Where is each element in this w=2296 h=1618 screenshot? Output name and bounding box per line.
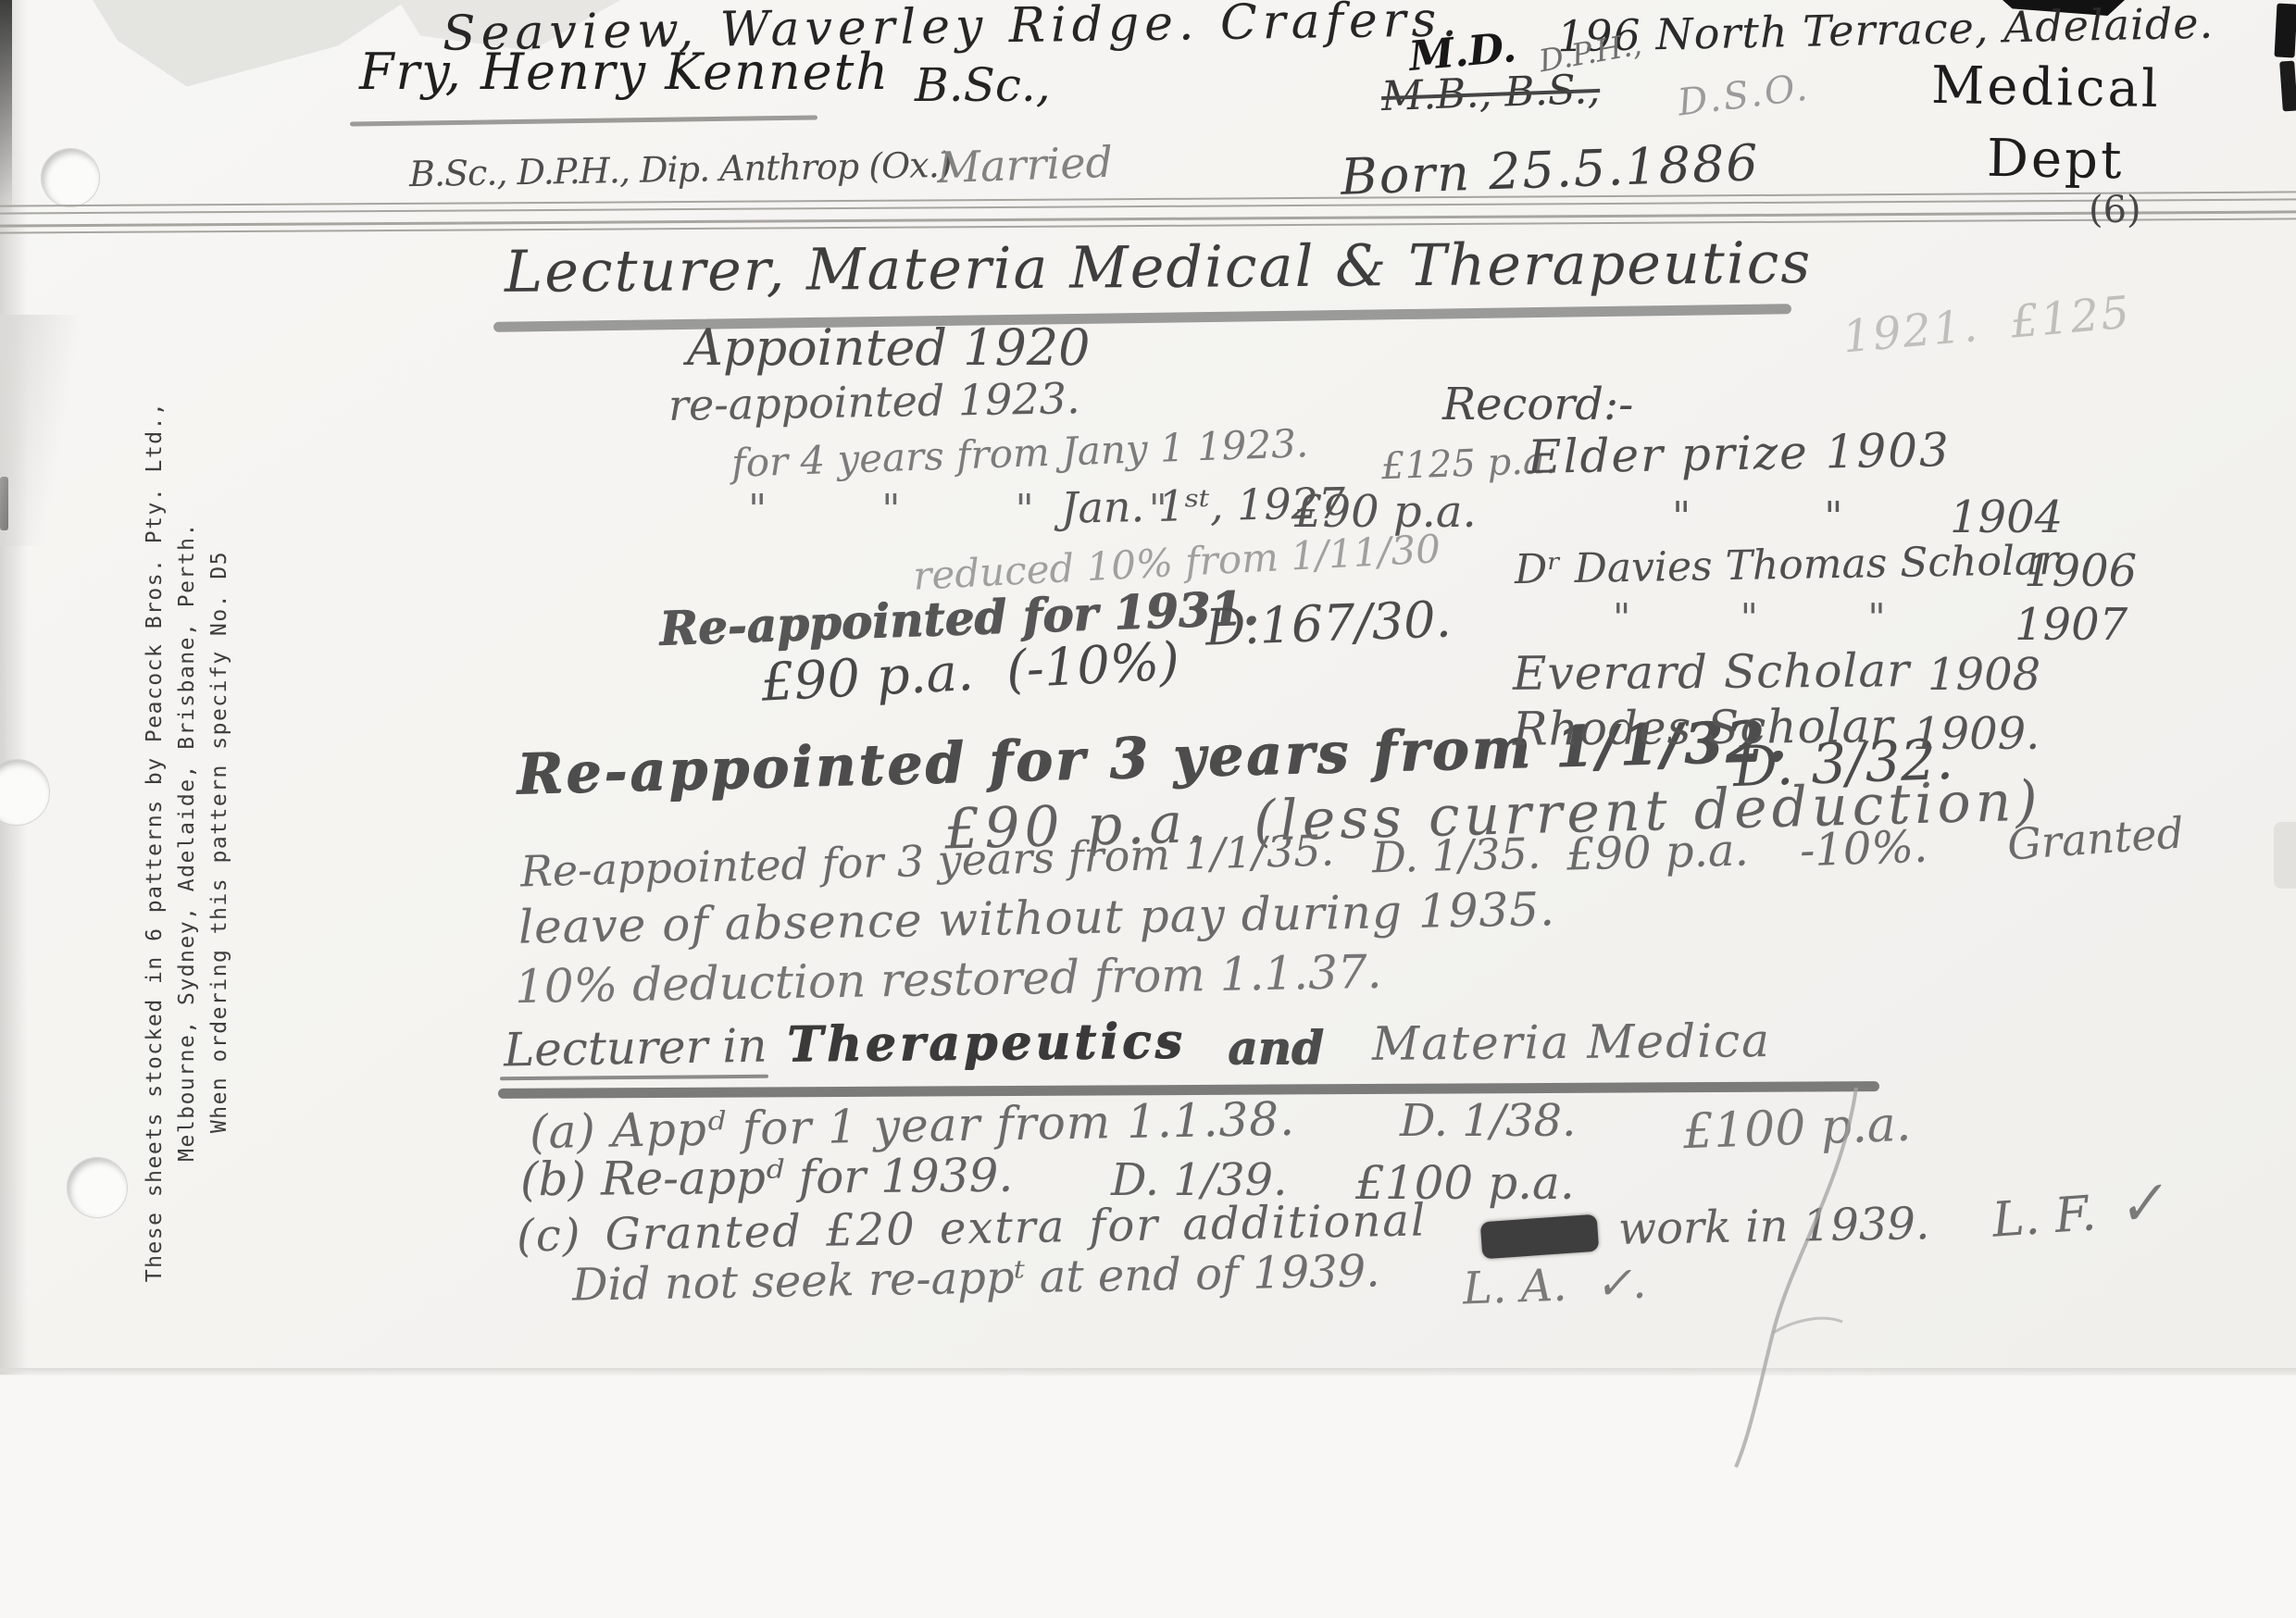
appointed-1920: Appointed 1920 <box>687 322 1091 375</box>
punch-hole-bottom <box>67 1157 128 1218</box>
record-rhodes-scholar: Rhodes Scholar <box>1513 702 1894 753</box>
dept-word-dept: Dept <box>1986 132 2124 189</box>
record-elder-1904: 1904 <box>1950 494 2063 541</box>
record-davies-1906: 1906 <box>2024 548 2137 594</box>
left-top-dark-sliver <box>0 0 12 218</box>
pencil-flourish <box>1685 1083 1926 1472</box>
address-right: 196 North Terrace, Adelaide. <box>1557 1 2215 59</box>
leave-of-absence: leave of absence without pay during 1935… <box>518 885 1556 952</box>
record-davies-ditto: " " " <box>1613 598 1886 639</box>
record-everard-1908: 1908 <box>1928 652 2040 698</box>
reappointed-1935: Re-appointed for 3 years from 1/1/35. <box>520 828 1335 894</box>
item-a: (a) Appᵈ for 1 year from 1.1.38. <box>530 1095 1296 1157</box>
record-davies-1907: 1907 <box>2015 602 2128 648</box>
record-rhodes-1909: 1909. <box>1913 711 2040 757</box>
backing-sheet <box>0 1375 2296 1618</box>
item-d: Did not seek re-appᵗ at end of 1939. <box>572 1248 1380 1309</box>
deduction-1935: -10%. <box>1799 824 1928 875</box>
faint-pencil-note: 1921. £125 <box>1841 289 2132 360</box>
position2-title-suffix: Materia Medica <box>1372 1016 1771 1068</box>
person-name: Fry, Henry Kenneth <box>359 46 890 99</box>
item-d-initials: L. A. ✓. <box>1462 1260 1647 1313</box>
granted-1935: Granted <box>2006 810 2186 866</box>
degree-dso: D.S.O. <box>1676 68 1812 122</box>
record-label: Record:- <box>1442 381 1633 428</box>
item-c-checkmark: ✓ <box>2113 1171 2169 1238</box>
position2-title-overwritten: Therapeutics <box>787 1016 1186 1070</box>
reappointed-1935-ref: D. 1/35. <box>1371 831 1541 880</box>
degree-after-name: B.Sc., <box>915 61 1051 110</box>
name-underline <box>350 115 817 126</box>
position1-title: Lecturer, Materia Medical & Therapeutics <box>505 232 1813 302</box>
deduction-restored: 10% deduction restored from 1.1.37. <box>515 948 1382 1012</box>
reappointed-1923: re-appointed 1923. <box>668 376 1080 428</box>
reappointed-1931-ref: D.167/30. <box>1204 593 1453 654</box>
fold-shadow <box>0 315 79 546</box>
punch-hole-top <box>41 148 100 207</box>
record-everard-scholar: Everard Scholar <box>1513 646 1911 698</box>
item-b: (b) Re-appᵈ for 1939. <box>520 1151 1014 1204</box>
right-edge-black-mark-1 <box>2274 3 2296 57</box>
stationer-line-3: When ordering this pattern specify No. D… <box>204 395 236 1288</box>
term-1923: for 4 years from Jany 1 1923. <box>730 423 1309 484</box>
marital-status: Married <box>936 140 1113 191</box>
position2-title-and: and <box>1228 1024 1324 1073</box>
item-c-initials: L. F. <box>1990 1189 2098 1246</box>
record-elder-prize: Elder prize 1903 <box>1528 426 1952 481</box>
page-number: (6) <box>2089 191 2141 230</box>
stationer-line-1: These sheets stocked in 6 patterns by Pe… <box>139 395 171 1288</box>
stationer-line-2: Melbourne, Sydney, Adelaide, Brisbane, P… <box>171 395 204 1288</box>
dept-word-medical: Medical <box>1931 59 2162 118</box>
qualifications: B.Sc., D.P.H., Dip. Anthrop (Ox.) <box>409 147 952 193</box>
record-elder-ditto: " " <box>1672 496 1842 539</box>
right-edge-tear-shadow <box>2274 822 2296 889</box>
record-card-scan: Seaview, Waverley Ridge. Crafers. 196 No… <box>0 0 2296 1618</box>
punch-hole-middle-notch <box>0 759 50 826</box>
record-davies-scholar: Dʳ Davies Thomas Scholar <box>1515 540 2059 591</box>
degree-dph: D.P.H., <box>1537 29 1644 78</box>
scribble-blot <box>1480 1214 1599 1260</box>
position2-title-prefix: Lecturer in <box>504 1022 767 1075</box>
item-a-ref: D. 1/38. <box>1400 1098 1576 1144</box>
stationer-imprint: These sheets stocked in 6 patterns by Pe… <box>139 395 236 1288</box>
salary-1935: £90 p.a. <box>1566 827 1749 878</box>
right-edge-black-mark-2 <box>2279 61 2296 112</box>
degrees-struck-out: M.B., B.S., <box>1380 68 1601 118</box>
card-bottom-edge <box>0 1368 2296 1375</box>
